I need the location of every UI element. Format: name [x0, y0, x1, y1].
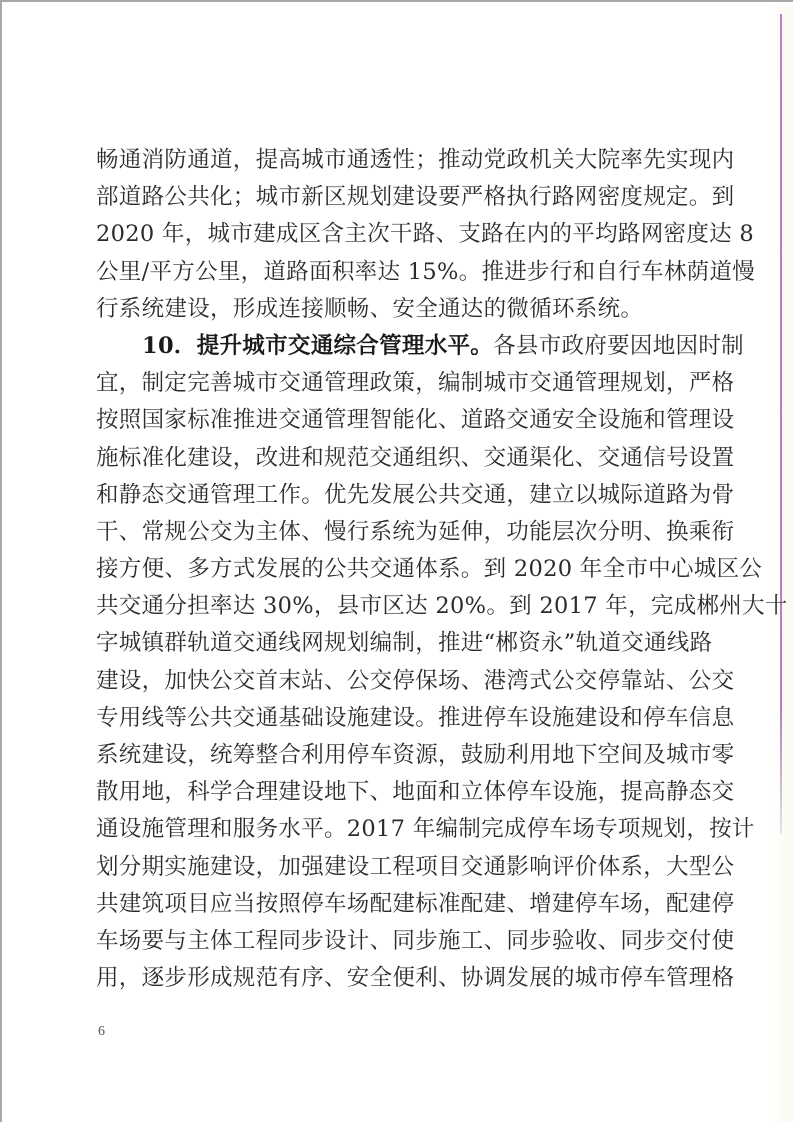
text-line: 宜，制定完善城市交通管理政策，编制城市交通管理规划，严格 [96, 365, 696, 402]
text-line: 车场要与主体工程同步设计、同步施工、同步验收、同步交付使 [96, 923, 696, 960]
text-line: 建设，加快公交首末站、公交停保场、港湾式公交停靠站、公交 [96, 663, 696, 700]
text-line: 接方便、多方式发展的公共交通体系。到 2020 年全市中心城区公 [96, 551, 696, 588]
text-line: 畅通消防通道，提高城市通透性；推动党政机关大院率先实现内 [96, 142, 696, 179]
section-heading-line: 10．提升城市交通综合管理水平。各县市政府要因地因时制 [96, 328, 696, 365]
text-line: 按照国家标准推进交通管理智能化、道路交通安全设施和管理设 [96, 402, 696, 439]
text-line: 干、常规公交为主体、慢行系统为延伸，功能层次分明、换乘衔 [96, 514, 696, 551]
text-line: 散用地，科学合理建设地下、地面和立体停车设施，提高静态交 [96, 774, 696, 811]
text-line: 公里/平方公里，道路面积率达 15%。推进步行和自行车林荫道慢 [96, 254, 696, 291]
section-heading-continuation: 各县市政府要因地因时制 [493, 333, 744, 359]
text-line: 用，逐步形成规范有序、安全便利、协调发展的城市停车管理格 [96, 960, 696, 997]
section-heading: 10．提升城市交通综合管理水平。 [142, 333, 493, 359]
page-number: 6 [98, 1024, 105, 1040]
text-line: 共建筑项目应当按照停车场配建标准配建、增建停车场，配建停 [96, 886, 696, 923]
scan-edge-shade [772, 6, 793, 1122]
body-text: 畅通消防通道，提高城市通透性；推动党政机关大院率先实现内 部道路公共化；城市新区… [96, 142, 696, 997]
text-line: 施标准化建设，改进和规范交通组织、交通渠化、交通信号设置 [96, 440, 696, 477]
text-line: 和静态交通管理工作。优先发展公共交通，建立以城际道路为骨 [96, 477, 696, 514]
text-line: 字城镇群轨道交通线网规划编制，推进“郴资永”轨道交通线路 [96, 625, 696, 662]
text-line: 共交通分担率达 30%，县市区达 20%。到 2017 年，完成郴州大十 [96, 588, 696, 625]
text-line: 通设施管理和服务水平。2017 年编制完成停车场专项规划，按计 [96, 811, 696, 848]
text-line: 部道路公共化；城市新区规划建设要严格执行路网密度规定。到 [96, 179, 696, 216]
document-page: 畅通消防通道，提高城市通透性；推动党政机关大院率先实现内 部道路公共化；城市新区… [0, 0, 793, 1122]
binding-rule-line [780, 14, 782, 834]
text-line: 系统建设，统筹整合利用停车资源，鼓励利用地下空间及城市零 [96, 737, 696, 774]
text-line: 划分期实施建设，加强建设工程项目交通影响评价体系，大型公 [96, 849, 696, 886]
text-line: 专用线等公共交通基础设施建设。推进停车设施建设和停车信息 [96, 700, 696, 737]
text-line: 2020 年，城市建成区含主次干路、支路在内的平均路网密度达 8 [96, 216, 696, 253]
text-line: 行系统建设，形成连接顺畅、安全通达的微循环系统。 [96, 291, 696, 328]
